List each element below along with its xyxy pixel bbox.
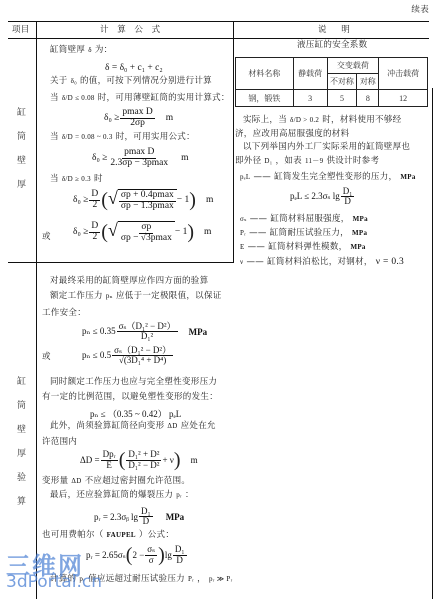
text: 也可用费帕尔（ xyxy=(42,530,104,540)
section2-item-label: 缸 筒 壁 厚 验 算 xyxy=(17,374,26,507)
text: 当 xyxy=(50,174,59,184)
s2-p4-line2: 许范围内 xyxy=(42,438,77,447)
denominator: E xyxy=(104,461,114,470)
label-char: 筒 xyxy=(17,398,26,411)
s1-line2: 关于 δ₀ 的值，可按下列情况分别进行计算 xyxy=(50,77,212,86)
value: ν = 0.3 xyxy=(376,257,404,267)
denominator: σp − 1.3pmax xyxy=(119,202,176,212)
s1-formula5: δ₀ ≥ D2 ( √σpσp − √3pmax − 1 ) m xyxy=(73,221,211,244)
s2-p3-line1: 同时额定工作压力也应与完全塑性变形压力 xyxy=(50,378,217,387)
unit: MPa xyxy=(352,229,367,237)
th-sym: 对称 xyxy=(357,74,379,90)
def-nu: ν —— 缸筒材料泊松比，对钢材， ν = 0.3 xyxy=(240,258,404,268)
text: 当 xyxy=(50,132,59,142)
text: 不应超过密封圈允许范围。 xyxy=(85,476,191,486)
text: 值应远超过耐压试验压力 xyxy=(88,574,185,584)
cell-impact: 12 xyxy=(379,90,428,107)
text: ，如表 xyxy=(276,156,302,166)
lhs: pₙ ≤ 0.35 xyxy=(82,326,116,337)
tail: − 1 xyxy=(175,227,187,237)
symbol: Pᵣ xyxy=(240,229,246,237)
s1-formula4: δ₀ ≥ D2 ( √σp + 0.4pmaxσp − 1.3pmax − 1 … xyxy=(73,189,213,212)
lhs: δ₀ ≥ xyxy=(92,153,107,163)
label-char: 算 xyxy=(17,494,26,507)
symbol: δ xyxy=(88,46,92,54)
s2-p3-line2: 有一定的比例范围，以避免塑性变形的发生： xyxy=(42,393,218,402)
denominator: σ xyxy=(147,556,156,565)
text: ）公式： xyxy=(139,530,174,540)
text: 缸筒材料泊松比，对钢材， xyxy=(267,257,373,267)
s2-formula1: pₙ ≤ 0.35 σₛ（D₁² − D²）D₁² MPa xyxy=(82,322,207,342)
table-row: 钢，锻铁 3 5 8 12 xyxy=(236,90,428,107)
unit: MPa xyxy=(189,327,208,337)
table-reference: 11－9 xyxy=(305,157,323,165)
s2-p7: 也可用费帕尔（ FAUPEL ）公式： xyxy=(42,531,174,540)
text: 时，材料使用不够经 xyxy=(322,115,401,125)
s2-p4-line1: 此外，尚须验算缸筒径向变形 ΔD 应处在允 xyxy=(50,422,216,431)
text: 额定工作压力 xyxy=(50,291,103,301)
text: 时 xyxy=(94,174,103,184)
cell-static: 3 xyxy=(293,90,327,107)
denominator: D₁² xyxy=(139,332,155,341)
th-material: 材料名称 xyxy=(236,58,294,90)
denominator: D xyxy=(342,197,353,206)
condition: δ/D ≤ 0.08 xyxy=(62,94,95,102)
numerator: σₛ xyxy=(145,545,157,555)
text: 最后，还应验算缸筒的爆裂压力 xyxy=(50,490,173,500)
label-char: 壁 xyxy=(17,422,26,435)
note2-line2: 即外径 D₁ ，如表 11－9 供设计时参考 xyxy=(235,157,379,166)
text: 此外，尚须验算缸筒径向变形 xyxy=(50,421,164,431)
text: 的值，可按下列情况分别进行计算 xyxy=(80,76,212,86)
th-static: 静载荷 xyxy=(293,58,327,90)
denominator: D xyxy=(174,556,185,565)
text: ： xyxy=(185,490,194,500)
unit: m xyxy=(191,455,198,465)
header-item: 项目 xyxy=(12,26,30,35)
text: 缸筒耐压试验压力， xyxy=(270,228,349,238)
continued-label: 续表 xyxy=(411,6,429,15)
s1-or: 或 xyxy=(42,233,51,242)
denominator: 2.3σp − 3pmax xyxy=(108,159,170,169)
unit: m xyxy=(181,153,188,163)
def-pr: Pᵣ —— 缸筒耐压试验压力， MPa xyxy=(240,229,367,238)
denominator: 2 xyxy=(90,233,99,243)
text: 供设计时参考 xyxy=(326,156,379,166)
table-top-border xyxy=(8,21,429,22)
th-alternating: 交变载荷 xyxy=(327,58,379,74)
unit: MPa xyxy=(353,215,368,223)
def-e: E —— 缸筒材料弹性模数， MPa xyxy=(240,243,366,252)
right-border xyxy=(432,88,433,599)
text: 变形量 xyxy=(42,476,68,486)
header-note: 说 明 xyxy=(318,26,356,35)
s1-line4: 当 δ/D = 0.08 ~ 0.3 时，可用实用公式： xyxy=(50,133,195,142)
lhs: δ₀ ≥ xyxy=(73,195,88,205)
s2-formula3: pₙ ≤ （0.35 ~ 0.42） pₑL xyxy=(90,410,181,419)
symbol: σₛ xyxy=(240,215,247,223)
tail: + ν xyxy=(162,455,173,465)
symbol: D₁ xyxy=(264,157,272,165)
s2-formula6: pᵣ = 2.65σₛ ( 2 − σₛσ ) lg D₁D xyxy=(86,545,188,565)
denominator: 2σp xyxy=(128,119,147,129)
s1-formula3: δ₀ ≥ pmax D2.3σp − 3pmax m xyxy=(92,148,189,169)
header-formula: 计 算 公 式 xyxy=(100,26,163,35)
s1-line5: 当 δ/D ≥ 0.3 时 xyxy=(50,175,103,184)
s2-p6: 最后，还应验算缸筒的爆裂压力 pᵣ ： xyxy=(50,491,194,500)
unit: MPa xyxy=(400,173,415,181)
label-char: 厚 xyxy=(17,177,26,190)
tail: − 1 xyxy=(177,195,189,205)
condition: δ/D ≥ 0.3 xyxy=(62,175,91,183)
safety-table: 材料名称 静载荷 交变载荷 冲击载荷 不对称 对称 钢，锻铁 3 5 8 12 xyxy=(235,57,428,107)
symbol: Pᵣ xyxy=(188,575,194,583)
numerator: D₁ xyxy=(173,545,187,555)
label-char: 筒 xyxy=(17,129,26,142)
note2-line1: 以下列举国内外工厂实际采用的缸筒壁厚也 xyxy=(243,143,410,152)
def-sigma-s: σₛ —— 缸筒材料屈服强度， MPa xyxy=(240,215,368,224)
lhs: pᵣ = 2.65σₛ xyxy=(86,550,126,561)
denominator: √(3D₁⁴ + D⁴) xyxy=(117,356,168,365)
lhs: pₙ ≤ 0.5 xyxy=(82,350,111,361)
tail: lg xyxy=(165,550,172,560)
s2-p5: 变形量 ΔD 不应超过密封圈允许范围。 xyxy=(42,477,190,486)
cell-material: 钢，锻铁 xyxy=(236,90,294,107)
symbol: pₑL xyxy=(240,173,250,181)
s2-p2-line1: 额定工作压力 pₙ 应低于一定极限值，以保证 xyxy=(50,292,222,301)
text: 缸筒材料弹性模数， xyxy=(268,242,347,252)
def-pel: pₑL —— 缸筒发生完全塑性变形的压力， MPa xyxy=(240,173,416,182)
text: 应低于一定极限值，以保证 xyxy=(116,291,222,301)
text: 缸筒发生完全塑性变形的压力， xyxy=(274,172,397,182)
unit: m xyxy=(166,113,173,123)
label-char: 缸 xyxy=(17,105,26,118)
lhs: δ₀ ≥ xyxy=(73,227,88,237)
text: 为： xyxy=(95,45,113,55)
label-char: 验 xyxy=(17,470,26,483)
formula-column-divider xyxy=(233,21,234,263)
text: 缸筒材料屈服强度， xyxy=(270,214,349,224)
text: 实际上，当 xyxy=(243,115,287,125)
text: 应处在允 xyxy=(181,421,216,431)
symbol: pₙ xyxy=(106,292,113,300)
item-column-divider xyxy=(36,21,37,599)
denominator: σp − √3pmax xyxy=(119,234,174,244)
condition: δ/D = 0.08 ~ 0.3 xyxy=(62,133,113,141)
text: 关于 xyxy=(50,76,68,86)
s1-line3: 当 δ/D ≤ 0.08 时，可用薄壁缸筒的实用计算式： xyxy=(50,94,230,103)
th-impact: 冲击载荷 xyxy=(379,58,428,90)
unit: MPa xyxy=(166,512,185,522)
s2-or: 或 xyxy=(42,353,51,362)
symbol: δ₀ xyxy=(71,77,77,85)
denominator: D xyxy=(141,517,152,526)
text: 缸筒壁厚 xyxy=(50,45,85,55)
formula-pel: pₑL ≤ 2.3σₛ lg D₁D xyxy=(290,187,355,207)
label-char: 厚 xyxy=(17,446,26,459)
name: FAUPEL xyxy=(107,531,136,539)
text: ， xyxy=(197,574,206,584)
numerator: D₁² + D² xyxy=(126,450,161,460)
numerator: Dpᵣ xyxy=(101,450,118,460)
cell-sym: 8 xyxy=(357,90,379,107)
text: 即外径 xyxy=(235,156,261,166)
label-char: 缸 xyxy=(17,374,26,387)
unit: m xyxy=(206,195,213,205)
s2-p2-line2: 工作安全： xyxy=(42,309,86,318)
text: 时，可用实用公式： xyxy=(116,132,195,142)
text: 当 xyxy=(50,93,59,103)
cell-asym: 5 xyxy=(327,90,357,107)
s2-formula2: pₙ ≤ 0.5 σₛ（D₁² − D²）√(3D₁⁴ + D⁴) xyxy=(82,346,174,366)
label-char: 壁 xyxy=(17,153,26,166)
s1-formula2: δ₀ ≥ pmax D2σp m xyxy=(104,108,173,129)
denominator: 2 xyxy=(90,201,99,211)
symbol: pᵣ xyxy=(176,491,182,499)
s1-line1: 缸筒壁厚 δ 为： xyxy=(50,46,112,55)
section1-item-label: 缸 筒 壁 厚 xyxy=(17,105,26,190)
unit: MPa xyxy=(350,243,365,251)
header-bottom-border xyxy=(8,38,429,39)
term: 2 − xyxy=(132,550,144,560)
note1-line1: 实际上，当 δ/D > 0.2 时，材料使用不够经 xyxy=(243,116,401,125)
lhs: pₑL ≤ 2.3σₛ lg xyxy=(290,191,340,202)
denominator: D₁² − D² xyxy=(126,461,161,470)
s2-formula4: ΔD = DpᵣE ( D₁² + D²D₁² − D² + ν ) m xyxy=(80,450,198,470)
symbol: ν xyxy=(240,258,243,266)
text: 时，可用薄壁缸筒的实用计算式： xyxy=(98,93,230,103)
s2-formula5: pᵣ = 2.3σᵦ lg D₁D MPa xyxy=(94,507,184,527)
symbol: E xyxy=(240,243,245,251)
lhs: δ₀ ≥ xyxy=(104,113,119,123)
condition: δ/D > 0.2 xyxy=(290,116,319,124)
s1-formula1: δ = δ₀ + c₁ + c₂ xyxy=(105,64,163,74)
lhs: ΔD = xyxy=(80,455,100,465)
th-asym: 不对称 xyxy=(327,74,357,90)
symbol: ΔD xyxy=(167,422,177,430)
lhs: pᵣ = 2.3σᵦ lg xyxy=(94,512,138,522)
safety-table-title: 液压缸的安全系数 xyxy=(297,41,367,50)
watermark-site: 3dPortal.cn xyxy=(6,572,102,592)
unit: m xyxy=(204,227,211,237)
symbol: ΔD xyxy=(71,477,81,485)
note1-line2: 济，应改用高屈服强度的材料 xyxy=(235,130,349,139)
section-divider xyxy=(8,262,233,263)
s2-p1: 对最终采用的缸筒壁厚应作四方面的验算 xyxy=(50,277,208,286)
condition: pᵣ ≫ Pᵣ xyxy=(209,575,233,583)
